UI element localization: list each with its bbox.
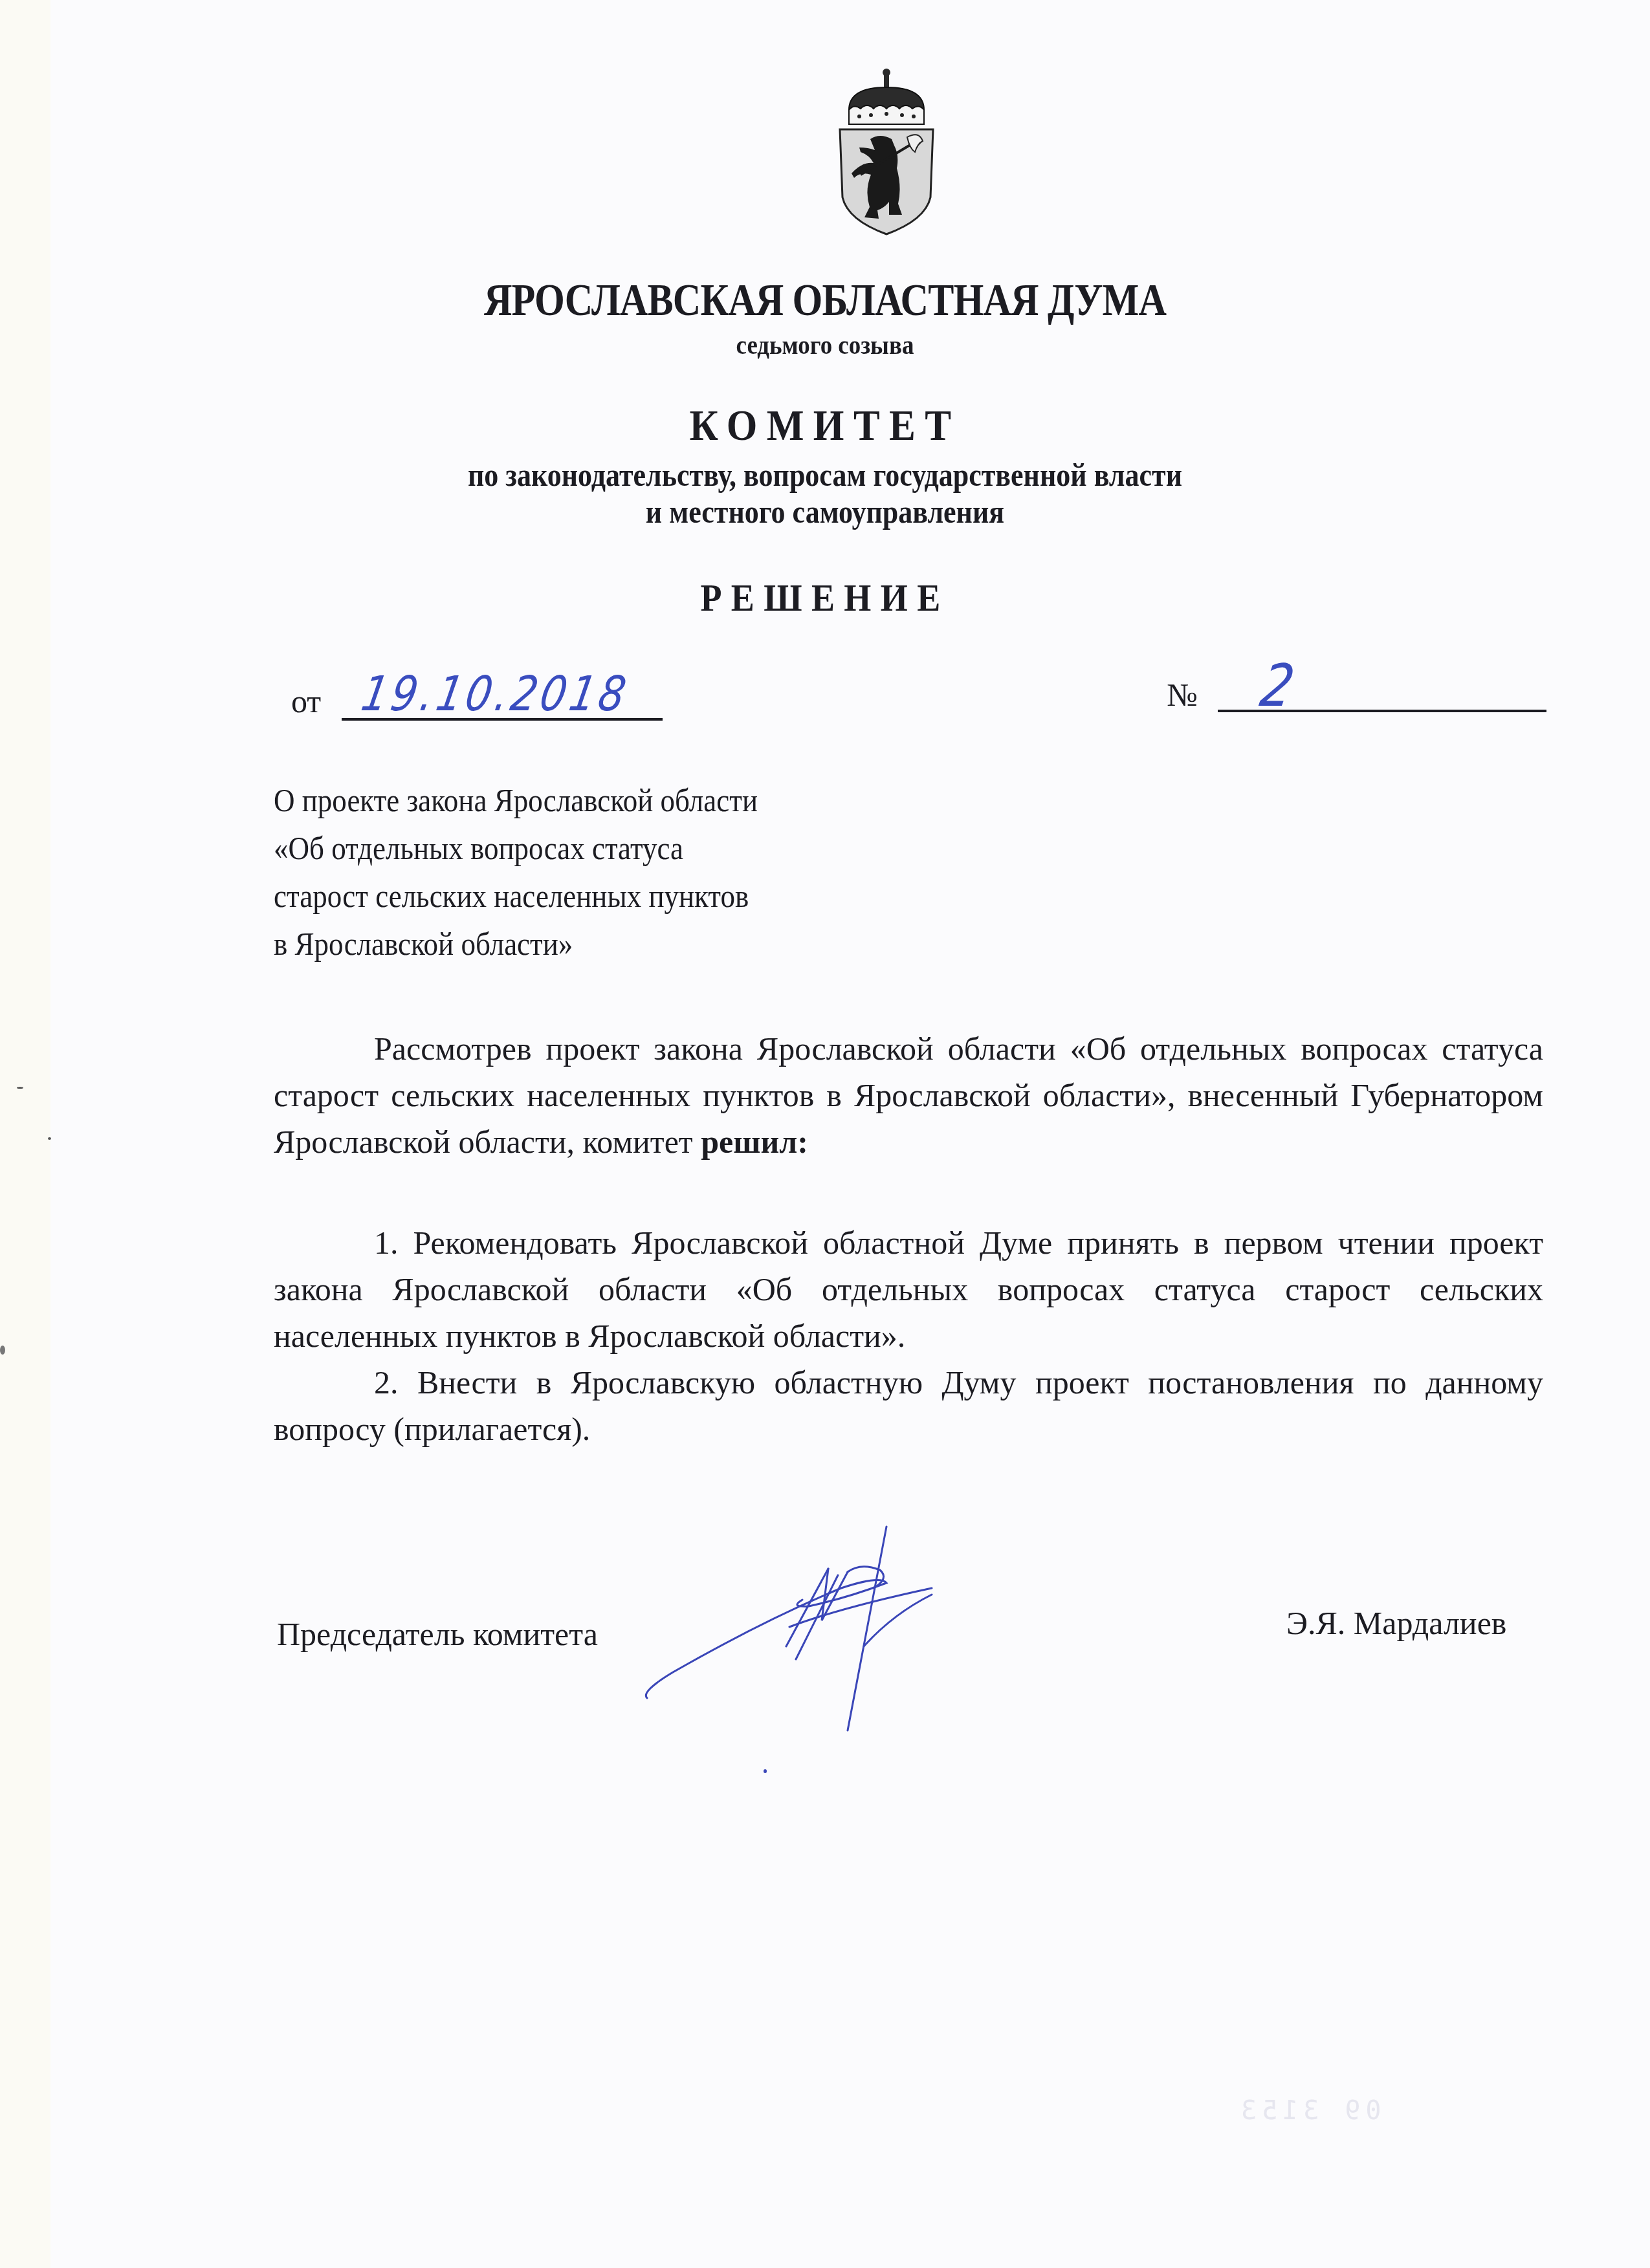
document-type-heading: РЕШЕНИЕ <box>83 576 1568 620</box>
date-label: от <box>291 682 321 720</box>
handwritten-signature <box>634 1523 1087 1743</box>
bleed-through-serial: 09 3153 <box>1236 2096 1381 2126</box>
signatory-name: Э.Я. Мардалиев <box>1286 1604 1506 1642</box>
scan-page-edge <box>0 0 50 2268</box>
committee-scope-line1: по законодательству, вопросам государств… <box>99 456 1551 494</box>
number-label: № <box>1167 676 1198 714</box>
subject-line: «Об отдельных вопросах статуса <box>274 824 758 872</box>
signatory-role: Председатель комитета <box>277 1615 598 1653</box>
preamble-resolved: решил: <box>701 1124 808 1160</box>
coat-of-arms-icon <box>835 65 938 239</box>
preamble-paragraph: Рассмотрев проект закона Ярославской обл… <box>274 1025 1543 1165</box>
convocation-label: седьмого созыва <box>99 330 1551 361</box>
organization-title: ЯРОСЛАВСКАЯ ОБЛАСТНАЯ ДУМА <box>116 275 1535 327</box>
date-value: 19.10.2018 <box>357 666 633 722</box>
resolution-item: 2. Внести в Ярославскую областную Думу п… <box>274 1359 1543 1452</box>
scan-speck <box>48 1137 51 1140</box>
number-underline <box>1218 710 1546 712</box>
committee-heading: КОМИТЕТ <box>83 400 1568 451</box>
subject-line: старост сельских населенных пунктов <box>274 872 758 920</box>
scan-speck <box>17 1087 23 1089</box>
scan-speck <box>0 1346 5 1355</box>
subject-line: О проекте закона Ярославской области <box>274 776 758 824</box>
date-underline <box>342 718 663 721</box>
subject-line: в Ярославской области» <box>274 920 758 968</box>
resolution-item: 1. Рекомендовать Ярославской областной Д… <box>274 1219 1543 1359</box>
resolution-items: 1. Рекомендовать Ярославской областной Д… <box>274 1219 1543 1452</box>
scan-speck <box>764 1769 767 1773</box>
preamble-text: Рассмотрев проект закона Ярославской обл… <box>274 1030 1543 1160</box>
document-subject: О проекте закона Ярославской области «Об… <box>274 776 758 968</box>
committee-scope-line2: и местного самоуправления <box>99 493 1551 530</box>
